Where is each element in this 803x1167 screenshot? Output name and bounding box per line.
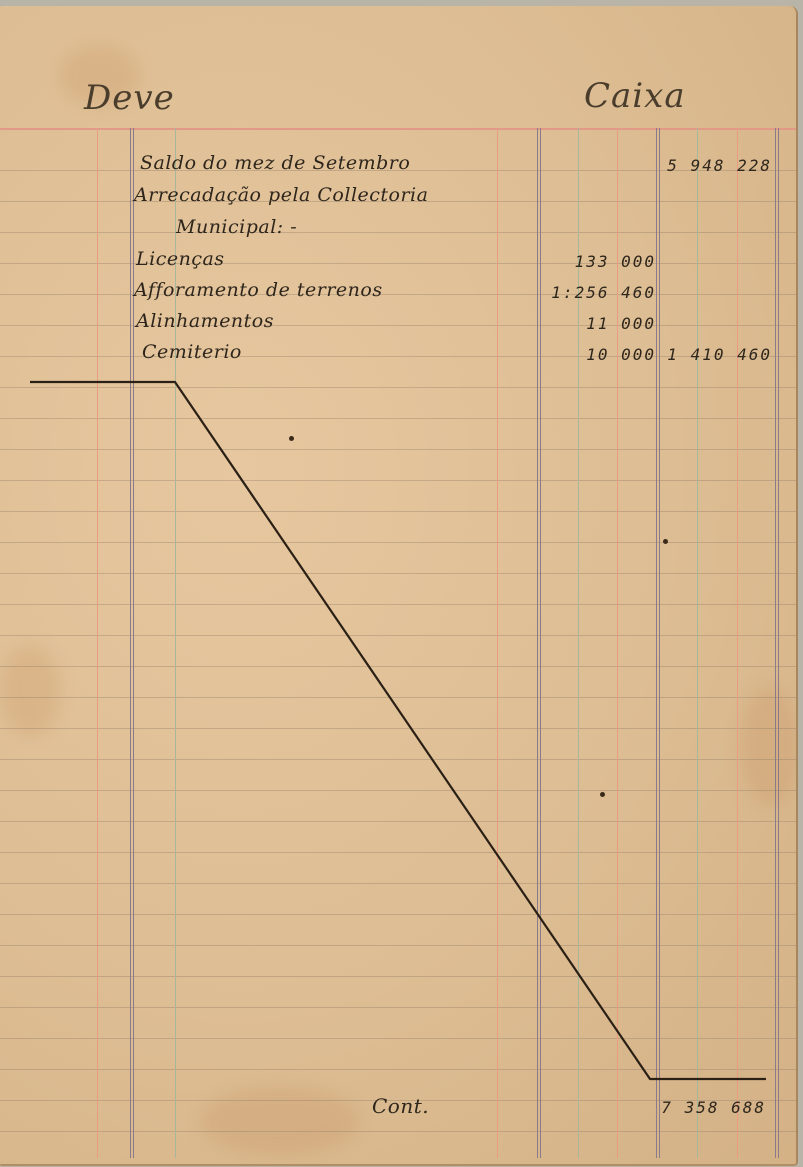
carry-forward-label: Cont. — [372, 1094, 429, 1118]
ink-dot — [289, 436, 294, 441]
ink-dot — [663, 539, 668, 544]
ledger-page: Deve Caixa Saldo do mez de Setembro 5 94… — [0, 6, 798, 1166]
ink-dot — [600, 792, 605, 797]
cancellation-line — [0, 6, 796, 1164]
carry-forward-total: 7 358 688 — [661, 1098, 766, 1117]
